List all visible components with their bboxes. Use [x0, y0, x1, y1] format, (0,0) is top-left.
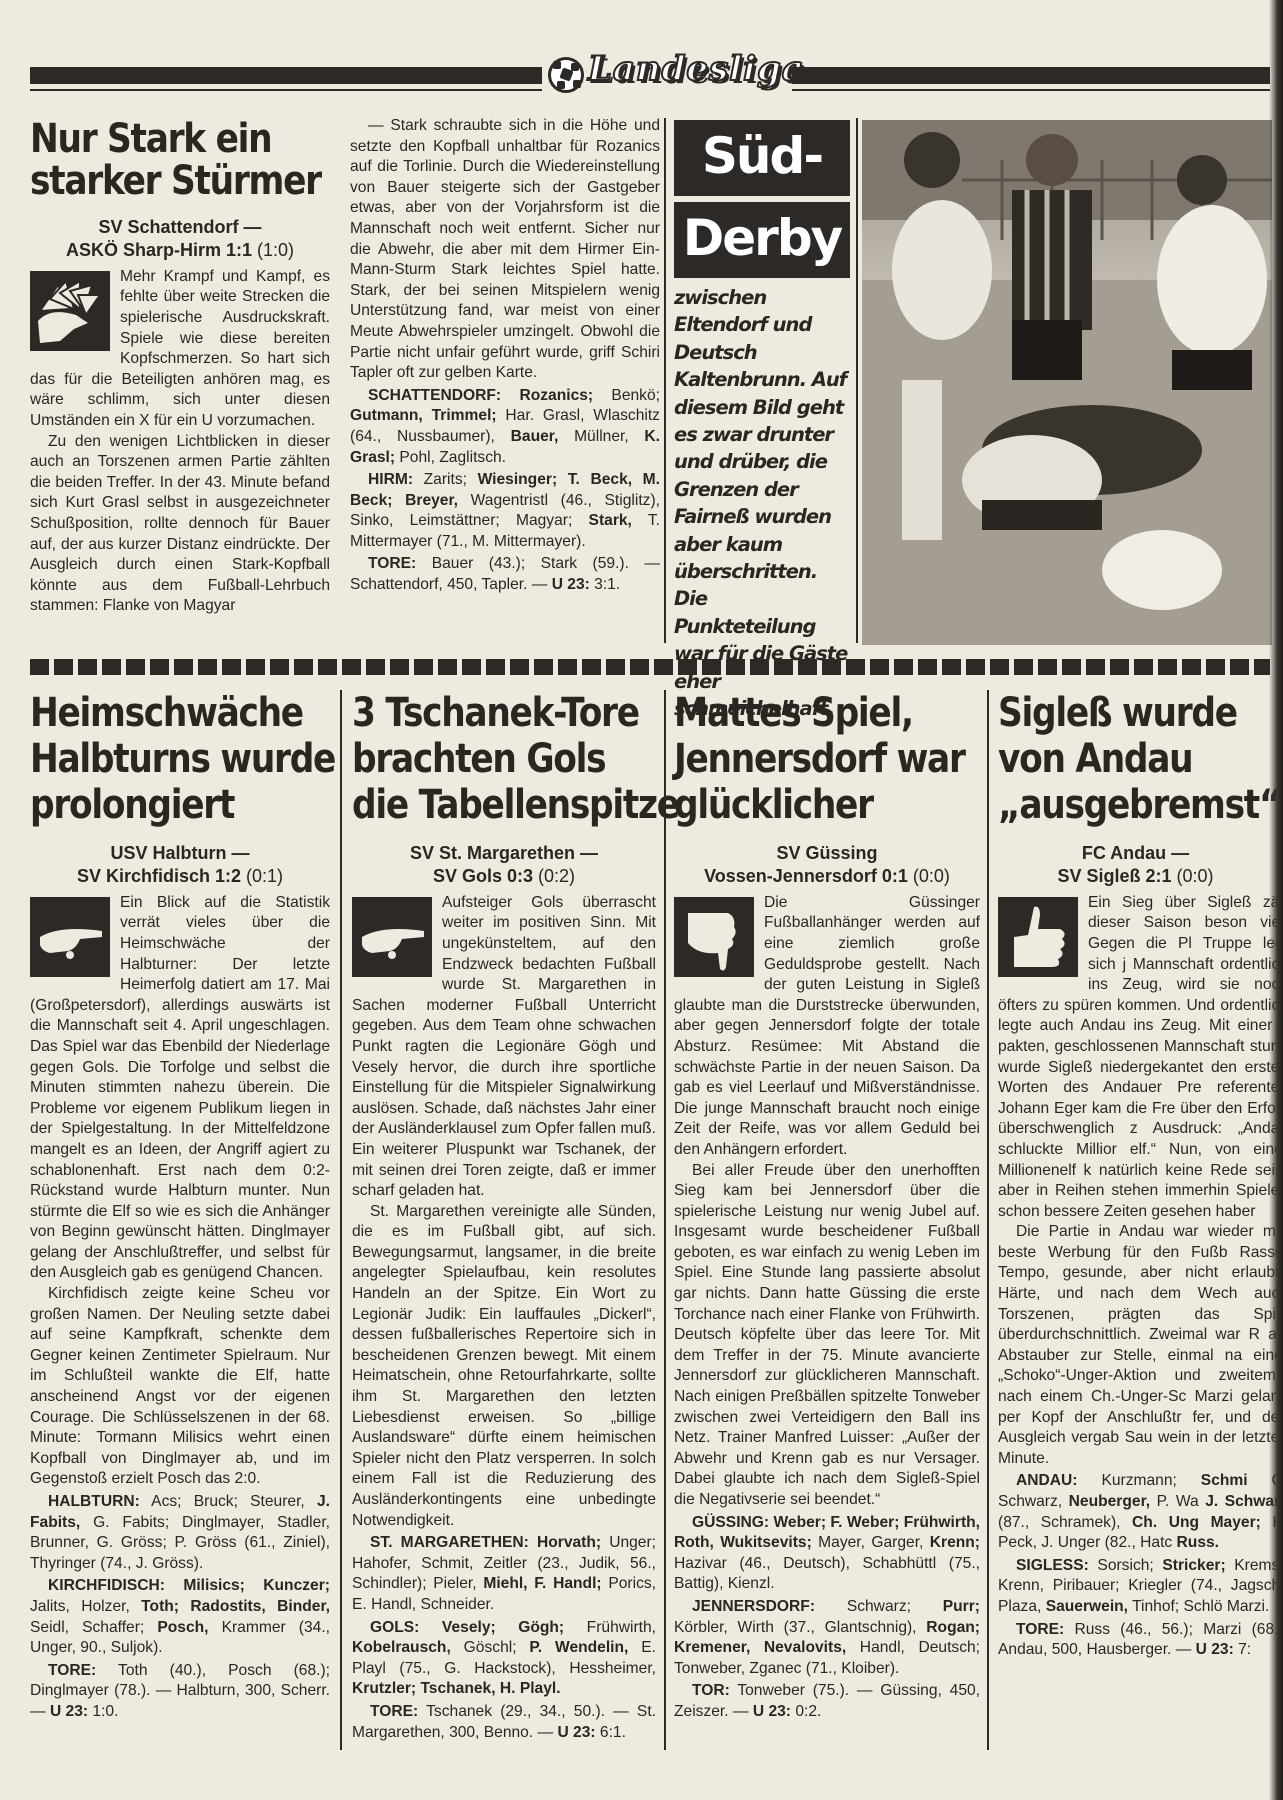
column-rule — [340, 690, 342, 1750]
match-away-score: SV Sigleß 2:1 — [1057, 866, 1171, 886]
u23-label: U 23: — [1196, 1641, 1234, 1658]
u23-label: U 23: — [557, 1724, 595, 1741]
derby-title-line1: Süd- — [674, 120, 850, 196]
headline-line: Sigleß wurde — [998, 690, 1283, 736]
lineups: GÜSSING: Weber; F. Weber; Frühwirth, Rot… — [674, 1513, 980, 1723]
match-home: SV Schattendorf — — [30, 216, 330, 239]
header-rule-right — [792, 67, 1270, 84]
player-name-bold: Krenn; — [930, 1534, 980, 1551]
paragraph: Kirchfidisch zeigte keine Scheu vor groß… — [30, 1284, 330, 1490]
derby-title-line2: Derby — [674, 202, 850, 278]
article-sued-derby: Süd- Derby zwischen Eltendorf und Deutsc… — [674, 120, 850, 723]
lineup-away: KIRCHFIDISCH: Milisics; Kunczer; Jalits,… — [30, 1576, 330, 1658]
goals: TORE: Toth (40.), Posch (68.); Dinglmaye… — [30, 1661, 330, 1723]
player-name-bold: Bauer, — [511, 428, 559, 445]
thumbs-down-icon — [674, 897, 754, 977]
goals: TORE: Russ (46., 56.); Marzi (68.). Anda… — [998, 1620, 1283, 1661]
halftime-score: (0:0) — [1177, 866, 1214, 886]
player-name: Pohl, Zaglitsch. — [395, 449, 506, 466]
paragraph: Die Partie in Andau war wieder mal beste… — [998, 1222, 1283, 1469]
paragraph: Zu den wenigen Lichtblicken in dieser au… — [30, 432, 330, 617]
player-name: Kurzmann; — [1078, 1472, 1201, 1489]
article-andau: Sigleß wurde von Andau „ausgebremst“ FC … — [998, 690, 1283, 1770]
goals: TORE: Tschanek (29., 34., 50.). — St. Ma… — [352, 1702, 656, 1743]
match-result: SV St. Margarethen — SV Gols 0:3 (0:2) — [352, 842, 656, 889]
goals-label: TORE: — [1016, 1621, 1064, 1638]
player-name: Schwarz; — [815, 1598, 943, 1615]
lineup-label: SCHATTENDORF: — [368, 387, 501, 404]
headline-line: glücklicher — [674, 782, 975, 828]
article-body: Ein Sieg über Sigleß zäh dieser Saison b… — [998, 893, 1283, 1661]
player-name: Frühwirth, — [564, 1619, 656, 1636]
player-name: P. Wa — [1150, 1493, 1205, 1510]
player-name: Hazivar (46., Deutsch), Schabhüttl (75.,… — [674, 1555, 980, 1593]
match-result: SV Schattendorf — ASKÖ Sharp-Hirm 1:1 (1… — [30, 216, 330, 263]
player-name: Acs; Bruck; Steurer, — [140, 1493, 317, 1510]
paragraph: Bei aller Freude über den unerhofften Si… — [674, 1161, 980, 1511]
lineup-label: ST. MARGARETHEN: — [370, 1534, 529, 1551]
lineup-home: ST. MARGARETHEN: Horvath; Unger; Hahofer… — [352, 1533, 656, 1615]
lineup-label: GOLS: — [370, 1619, 419, 1636]
player-name-bold: Miehl, F. Handl; — [483, 1575, 601, 1592]
hand-flat-icon — [30, 897, 110, 977]
player-name: Zarits; — [413, 471, 478, 488]
match-result: USV Halbturn — SV Kirchfidisch 1:2 (0:1) — [30, 842, 330, 889]
u23-label: U 23: — [552, 576, 590, 593]
lineup-label: GÜSSING: — [692, 1514, 769, 1531]
u23-label: U 23: — [50, 1703, 88, 1720]
match-home: USV Halbturn — — [30, 842, 330, 865]
match-home: SV St. Margarethen — — [352, 842, 656, 865]
match-home: FC Andau — — [998, 842, 1273, 865]
headline: Mattes Spiel, Jennersdorf war glückliche… — [674, 690, 975, 828]
lineup-home: GÜSSING: Weber; F. Weber; Frühwirth, Rot… — [674, 1513, 980, 1595]
player-name-bold: Toth; Radostits, Binder, — [141, 1598, 330, 1615]
photo-caption: zwischen Eltendorf und Deutsch Kaltenbru… — [674, 284, 850, 723]
player-name-bold: Stricker; — [1162, 1557, 1225, 1574]
halftime-score: (0:0) — [913, 866, 950, 886]
lineup-label: JENNERSDORF: — [692, 1598, 815, 1615]
player-name-bold: Russ. — [1177, 1534, 1219, 1551]
headline-line: von Andau — [998, 736, 1283, 782]
player-name-bold: Rozanics; — [519, 387, 593, 404]
u23-score: 0:2. — [791, 1703, 821, 1720]
lineup-label: ANDAU: — [1016, 1472, 1078, 1489]
header-rule-left — [30, 67, 542, 84]
soccer-ball-icon — [548, 57, 584, 93]
goals: TORE: Bauer (43.); Stark (59.). — Schatt… — [350, 554, 660, 595]
article-schattendorf: Nur Stark ein starker Stürmer SV Schatte… — [30, 118, 330, 617]
player-name-bold: Schmi — [1201, 1472, 1248, 1489]
u23-score: 6:1. — [596, 1724, 626, 1741]
player-name: Benkö; — [593, 387, 660, 404]
lineup-away: SIGLESS: Sorsich; Stricker; Kremsn Krenn… — [998, 1556, 1283, 1618]
player-name: (87., Schramek), — [998, 1514, 1132, 1531]
headline-line: Jennersdorf war — [674, 736, 975, 782]
player-name-bold: Purr; — [943, 1598, 980, 1615]
article-body: Ein Blick auf die Statistik verrät viele… — [30, 893, 330, 1723]
player-name: Mayer, Garger, — [812, 1534, 930, 1551]
headline: Heimschwäche Halbturns wurde prolongiert — [30, 690, 322, 828]
headline-line: brachten Gols — [352, 736, 653, 782]
column-rule — [664, 118, 666, 643]
players-photo-illustration — [862, 120, 1272, 645]
article-gols: 3 Tschanek-Tore brachten Gols die Tabell… — [352, 690, 656, 1743]
lineup-label: SIGLESS: — [1016, 1557, 1089, 1574]
headline-line: „ausgebremst“ — [998, 782, 1283, 828]
player-name-bold: P. Wendelin, — [529, 1639, 628, 1656]
lineups: HALBTURN: Acs; Bruck; Steurer, J. Fabits… — [30, 1492, 330, 1723]
headline-line: Halbturns wurde — [30, 736, 322, 782]
headline-line: Heimschwäche — [30, 690, 322, 736]
match-away-score: ASKÖ Sharp-Hirm 1:1 — [66, 240, 252, 260]
headline: 3 Tschanek-Tore brachten Gols die Tabell… — [352, 690, 653, 828]
article-body: Mehr Krampf und Kampf, es fehlte über we… — [30, 267, 330, 617]
newspaper-page: Landesliga Nur Stark ein starker Stürmer… — [0, 0, 1283, 1800]
u23-label: U 23: — [753, 1703, 791, 1720]
section-divider — [30, 659, 1270, 675]
player-name-bold: Posch, — [157, 1619, 208, 1636]
lineups: ST. MARGARETHEN: Horvath; Unger; Hahofer… — [352, 1533, 656, 1743]
headline-line: starker Stürmer — [30, 160, 322, 202]
headline-line: Nur Stark ein — [30, 118, 322, 160]
headline-line: Mattes Spiel, — [674, 690, 975, 736]
paragraph: St. Margarethen vereinigte alle Sünden, … — [352, 1202, 656, 1532]
lineup-home: ANDAU: Kurzmann; Schmi G. Schwarz, Neube… — [998, 1471, 1283, 1553]
lineup-label: HIRM: — [368, 471, 413, 488]
player-name: Sorsich; — [1089, 1557, 1163, 1574]
player-name: Seidl, Schaffer; — [30, 1619, 157, 1636]
match-result: FC Andau — SV Sigleß 2:1 (0:0) — [998, 842, 1273, 889]
lineup-home: SCHATTENDORF: Rozanics; Benkö; Gutmann, … — [350, 386, 660, 468]
goals-label: TORE: — [368, 555, 416, 572]
player-name-bold: Krutzler; Tschanek, H. Playl. — [352, 1680, 561, 1697]
headline-line: prolongiert — [30, 782, 322, 828]
player-name: Müllner, — [558, 428, 644, 445]
match-home: SV Güssing — [674, 842, 980, 865]
goals: TOR: Tonweber (75.). — Güssing, 450, Zei… — [674, 1681, 980, 1722]
headline: Sigleß wurde von Andau „ausgebremst“ — [998, 690, 1283, 828]
player-name-bold: Horvath; — [529, 1534, 601, 1551]
goals-label: TOR: — [692, 1682, 730, 1699]
header-thin-rule-left — [30, 89, 542, 91]
player-name-bold: Sauerwein, — [1046, 1598, 1128, 1615]
article-schattendorf-continued: — Stark schraubte sich in die Höhe und s… — [350, 116, 660, 596]
headline-line: die Tabellenspitze — [352, 782, 653, 828]
lineup-label: KIRCHFIDISCH: — [48, 1577, 165, 1594]
player-name-bold: Milisics; Kunczer; — [165, 1577, 330, 1594]
article-body: Aufsteiger Gols überrascht weiter im pos… — [352, 893, 656, 1743]
u23-score: 3:1. — [590, 576, 620, 593]
match-away-score: SV Kirchfidisch 1:2 — [77, 866, 241, 886]
page-edge-shadow — [1269, 0, 1283, 1800]
paragraph: — Stark schraubte sich in die Höhe und s… — [350, 116, 660, 384]
article-guessing: Mattes Spiel, Jennersdorf war glückliche… — [674, 690, 980, 1723]
section-logo: Landesliga — [588, 49, 788, 95]
column-rule — [856, 118, 858, 643]
goals-label: TORE: — [48, 1662, 96, 1679]
u23-score: 1:0. — [88, 1703, 118, 1720]
lineup-away: GOLS: Vesely; Gögh; Frühwirth, Kobelraus… — [352, 1618, 656, 1700]
player-name: Göschl; — [451, 1639, 530, 1656]
halftime-score: (0:1) — [246, 866, 283, 886]
player-name: Jalits, Holzer, — [30, 1598, 141, 1615]
player-name-bold: Ch. Ung Mayer; — [1132, 1514, 1261, 1531]
match-away-score: SV Gols 0:3 — [433, 866, 533, 886]
lineup-label: HALBTURN: — [48, 1493, 140, 1510]
section-header: Landesliga — [30, 63, 1270, 103]
u23-score: 7: — [1234, 1641, 1251, 1658]
article-halbturn: Heimschwäche Halbturns wurde prolongiert… — [30, 690, 330, 1723]
lineup-away: HIRM: Zarits; Wiesinger; T. Beck, M. Bec… — [350, 470, 660, 552]
headline-line: 3 Tschanek-Tore — [352, 690, 653, 736]
player-name: Körbler, Wirth (37., Glantschnig), — [674, 1619, 926, 1636]
header-thin-rule-right — [792, 89, 1270, 91]
goals-label: TORE: — [370, 1703, 418, 1720]
column-rule — [664, 690, 666, 1750]
halftime-score: (0:2) — [538, 866, 575, 886]
article-body: Die Güssinger Fußballanhänger werden auf… — [674, 893, 980, 1723]
cards-hand-icon — [30, 271, 110, 351]
match-result: SV Güssing Vossen-Jennersdorf 0:1 (0:0) — [674, 842, 980, 889]
player-name-bold: Gutmann, Trimmel; — [350, 407, 497, 424]
lineups: ANDAU: Kurzmann; Schmi G. Schwarz, Neube… — [998, 1471, 1283, 1660]
player-name-bold: Stark, — [589, 512, 632, 529]
lineup-away: JENNERSDORF: Schwarz; Purr; Körbler, Wir… — [674, 1597, 980, 1679]
thumbs-up-icon — [998, 897, 1078, 977]
player-name: Tinhof; Schlö Marzi. — [1128, 1598, 1269, 1615]
lineup-home: HALBTURN: Acs; Bruck; Steurer, J. Fabits… — [30, 1492, 330, 1574]
headline: Nur Stark ein starker Stürmer — [30, 118, 322, 202]
player-name-bold: Vesely; Gögh; — [419, 1619, 564, 1636]
match-away-score: Vossen-Jennersdorf 0:1 — [704, 866, 908, 886]
halftime-score: (1:0) — [257, 240, 294, 260]
column-rule — [987, 690, 989, 1750]
hand-flat-icon — [352, 897, 432, 977]
lineups: SCHATTENDORF: Rozanics; Benkö; Gutmann, … — [350, 386, 660, 596]
match-photo — [862, 120, 1272, 645]
player-name-bold: Kobelrausch, — [352, 1639, 451, 1656]
player-name-bold: Neuberger, — [1069, 1493, 1150, 1510]
